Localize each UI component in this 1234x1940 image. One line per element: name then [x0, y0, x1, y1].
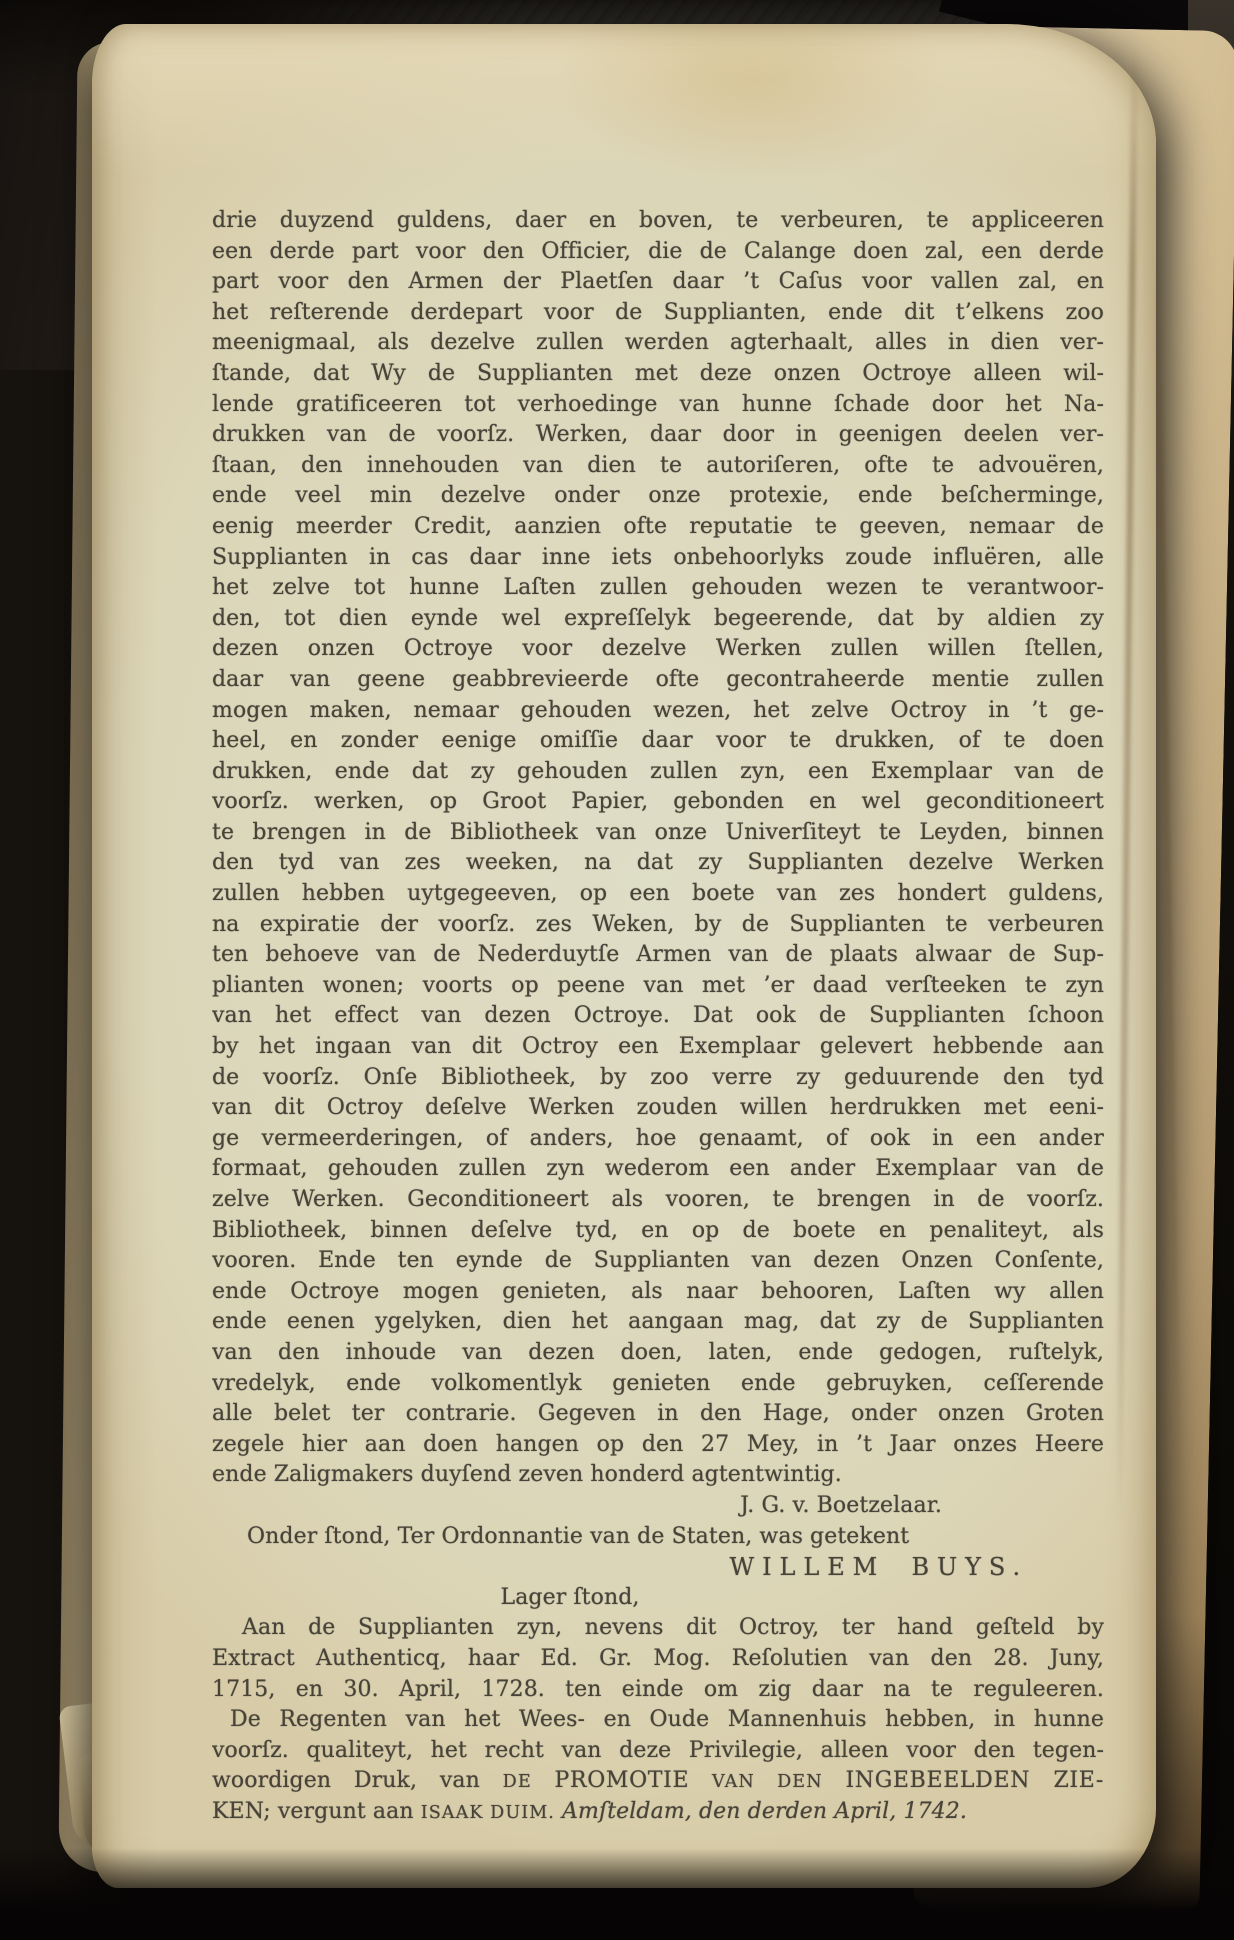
text-line: J. G. v. Boetzelaar.: [212, 1491, 1104, 1522]
text-line: zelve Werken. Geconditioneert als vooren…: [212, 1185, 1104, 1216]
text-line: een derde part voor den Officier, die de…: [212, 237, 1104, 268]
text-line: van dit Octroy deſelve Werken zouden wil…: [212, 1093, 1104, 1124]
text-line: 1715, en 30. April, 1728. ten einde om z…: [212, 1675, 1104, 1706]
text-line: meenigmaal, als dezelve zullen werden ag…: [212, 328, 1104, 359]
text-line: na expiratie der voorſz. zes Weken, by d…: [212, 910, 1104, 941]
text-line: zegele hier aan doen hangen op den 27 Me…: [212, 1430, 1104, 1461]
text-line: vredelyk, ende volkomentlyk genieten end…: [212, 1369, 1104, 1400]
text-line: plianten wonen; voorts op peene van met …: [212, 971, 1104, 1002]
text-line: mogen maken, nemaar gehouden wezen, het …: [212, 696, 1104, 727]
text-line: De Regenten van het Wees- en Oude Mannen…: [212, 1705, 1104, 1736]
text-line: daar van geene geabbrevieerde ofte gecon…: [212, 665, 1104, 696]
text-line: van den inhoude van dezen doen, laten, e…: [212, 1338, 1104, 1369]
text-line: den tyd van zes weeken, na dat zy Suppli…: [212, 848, 1104, 879]
text-line: het reſterende derdepart voor de Supplia…: [212, 298, 1104, 329]
text-line: part voor den Armen der Plaetſen daar ’t…: [212, 267, 1104, 298]
text-line: de voorſz. Onſe Bibliotheek, by zoo verr…: [212, 1063, 1104, 1094]
text-line: drukken van de voorſz. Werken, daar door…: [212, 420, 1104, 451]
text-line: lende gratificeeren tot verhoedinge van …: [212, 390, 1104, 421]
text-line: te brengen in de Bibliotheek van onze Un…: [212, 818, 1104, 849]
text-line: ende veel min dezelve onder onze protexi…: [212, 481, 1104, 512]
text-line: zullen hebben uytgegeeven, op een boete …: [212, 879, 1104, 910]
text-line: drie duyzend guldens, daer en boven, te …: [212, 206, 1104, 237]
text-line: ende eenen ygelyken, dien het aangaan ma…: [212, 1307, 1104, 1338]
text-line: KEN; vergunt aan ISAAK DUIM. Amſteldam, …: [212, 1797, 1104, 1828]
text-line: van het effect van dezen Octroye. Dat oo…: [212, 1001, 1104, 1032]
text-line: Lager ſtond,: [124, 1583, 1016, 1614]
text-line: Aan de Supplianten zyn, nevens dit Octro…: [212, 1613, 1104, 1644]
text-line: ge vermeerderingen, of anders, hoe genaa…: [212, 1124, 1104, 1155]
text-line: ſtande, dat Wy de Supplianten met deze o…: [212, 359, 1104, 390]
text-line: woordigen Druk, van DE PROMOTIE VAN DEN …: [212, 1766, 1104, 1797]
text-line: heel, en zonder eenige omiſſie daar voor…: [212, 726, 1104, 757]
text-line: ſtaan, den innehouden van dien te autori…: [212, 451, 1104, 482]
text-line: eenig meerder Credit, aanzien ofte reput…: [212, 512, 1104, 543]
text-line: formaat, gehouden zullen zyn wederom een…: [212, 1154, 1104, 1185]
text-line: Supplianten in cas daar inne iets onbeho…: [212, 543, 1104, 574]
text-line: Onder ſtond, Ter Ordonnantie van de Stat…: [212, 1522, 1104, 1553]
text-line: den, tot dien eynde wel expreſſelyk bege…: [212, 604, 1104, 635]
page-text-block: drie duyzend guldens, daer en boven, te …: [212, 206, 1104, 1827]
text-line: ende Zaligmakers duyſend zeven honderd a…: [212, 1460, 1104, 1491]
text-line: drukken, ende dat zy gehouden zullen zyn…: [212, 757, 1104, 788]
text-line: het zelve tot hunne Laſten zullen gehoud…: [212, 573, 1104, 604]
text-line: by het ingaan van dit Octroy een Exempla…: [212, 1032, 1104, 1063]
text-line: Extract Authenticq, haar Ed. Gr. Mog. Re…: [212, 1644, 1104, 1675]
text-line: ten behoeve van de Nederduytſe Armen van…: [212, 940, 1104, 971]
text-line: WILLEM BUYS.: [212, 1552, 1104, 1583]
text-line: voorſz. werken, op Groot Papier, gebonde…: [212, 787, 1104, 818]
text-line: ende Octroye mogen genieten, als naar be…: [212, 1277, 1104, 1308]
text-line: Bibliotheek, binnen deſelve tyd, en op d…: [212, 1216, 1104, 1247]
text-line: dezen onzen Octroye voor dezelve Werken …: [212, 634, 1104, 665]
text-line: voorſz. qualiteyt, het recht van deze Pr…: [212, 1736, 1104, 1767]
bottom-shadow: [0, 1848, 1234, 1940]
text-line: vooren. Ende ten eynde de Supplianten va…: [212, 1246, 1104, 1277]
text-line: alle belet ter contrarie. Gegeven in den…: [212, 1399, 1104, 1430]
book-photo-scene: drie duyzend guldens, daer en boven, te …: [0, 0, 1234, 1940]
